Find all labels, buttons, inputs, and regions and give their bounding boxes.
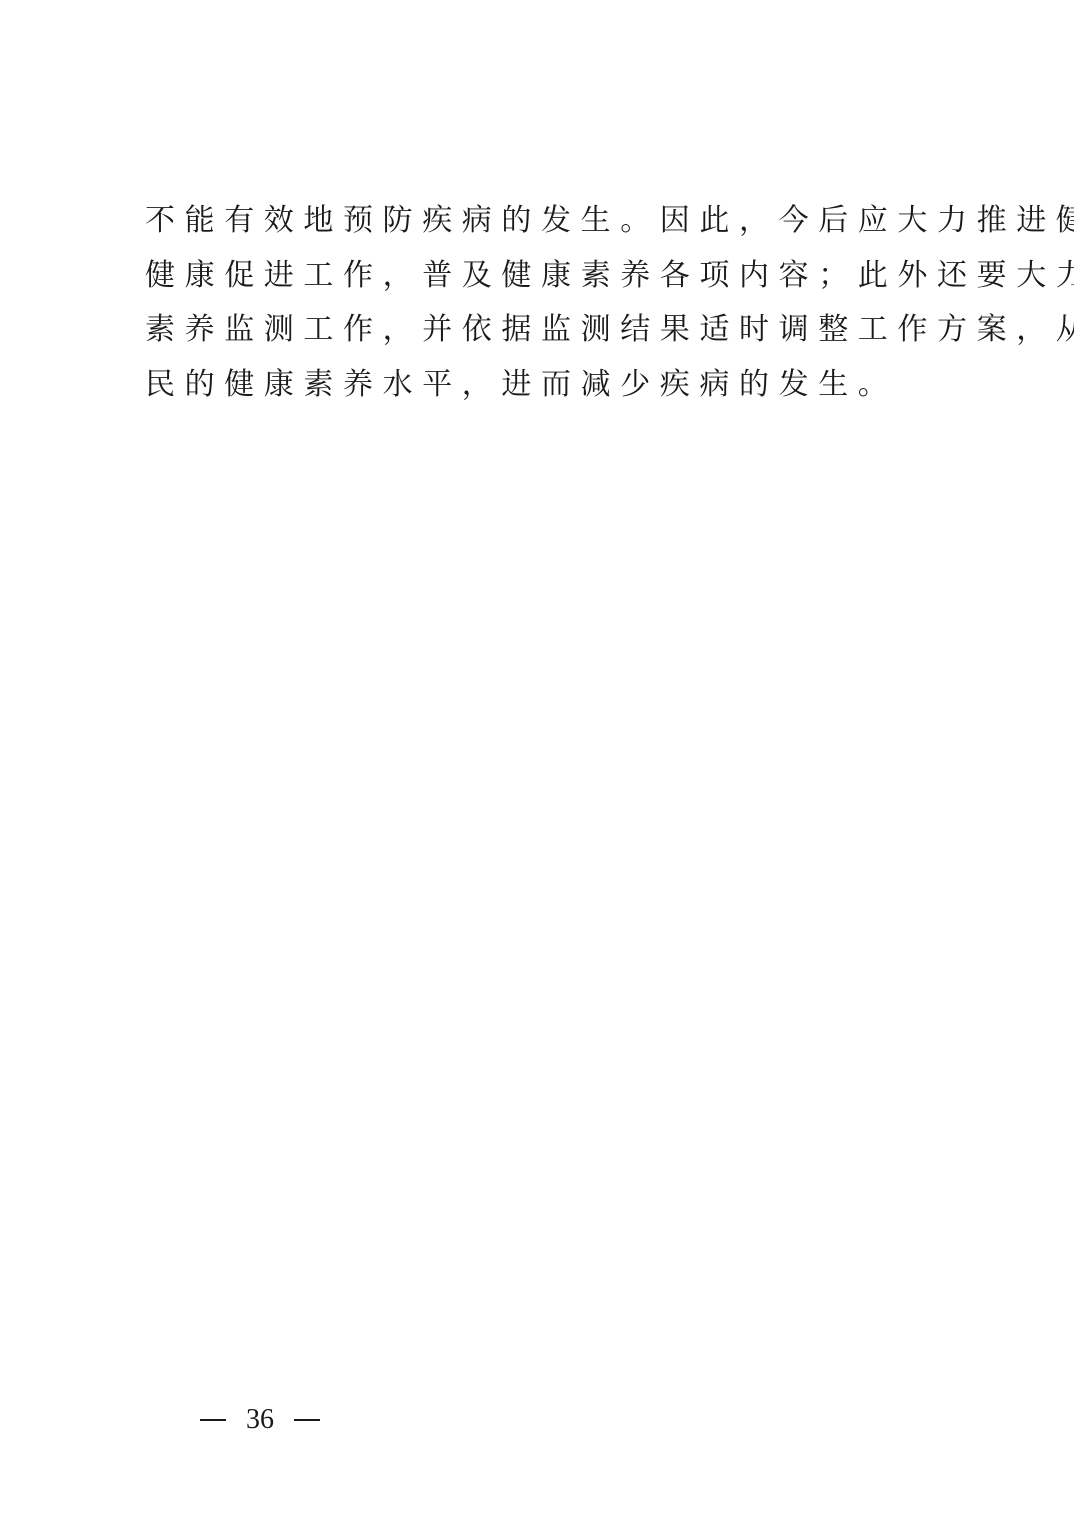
- paragraph-line: 民的健康素养水平，进而减少疾病的发生。: [145, 358, 945, 413]
- paragraph-line: 素养监测工作，并依据监测结果适时调整工作方案，从而提高居: [145, 303, 945, 358]
- right-dash-decoration: [294, 1419, 320, 1421]
- page-footer: 36: [200, 1400, 320, 1440]
- document-page: 不能有效地预防疾病的发生。因此，今后应大力推进健康教育和 健康促进工作，普及健康…: [0, 0, 1074, 1520]
- page-number: 36: [246, 1404, 274, 1436]
- body-paragraph: 不能有效地预防疾病的发生。因此，今后应大力推进健康教育和 健康促进工作，普及健康…: [145, 194, 945, 412]
- paragraph-line: 健康促进工作，普及健康素养各项内容；此外还要大力开展健康: [145, 249, 945, 304]
- left-dash-decoration: [200, 1419, 226, 1421]
- paragraph-line: 不能有效地预防疾病的发生。因此，今后应大力推进健康教育和: [145, 194, 945, 249]
